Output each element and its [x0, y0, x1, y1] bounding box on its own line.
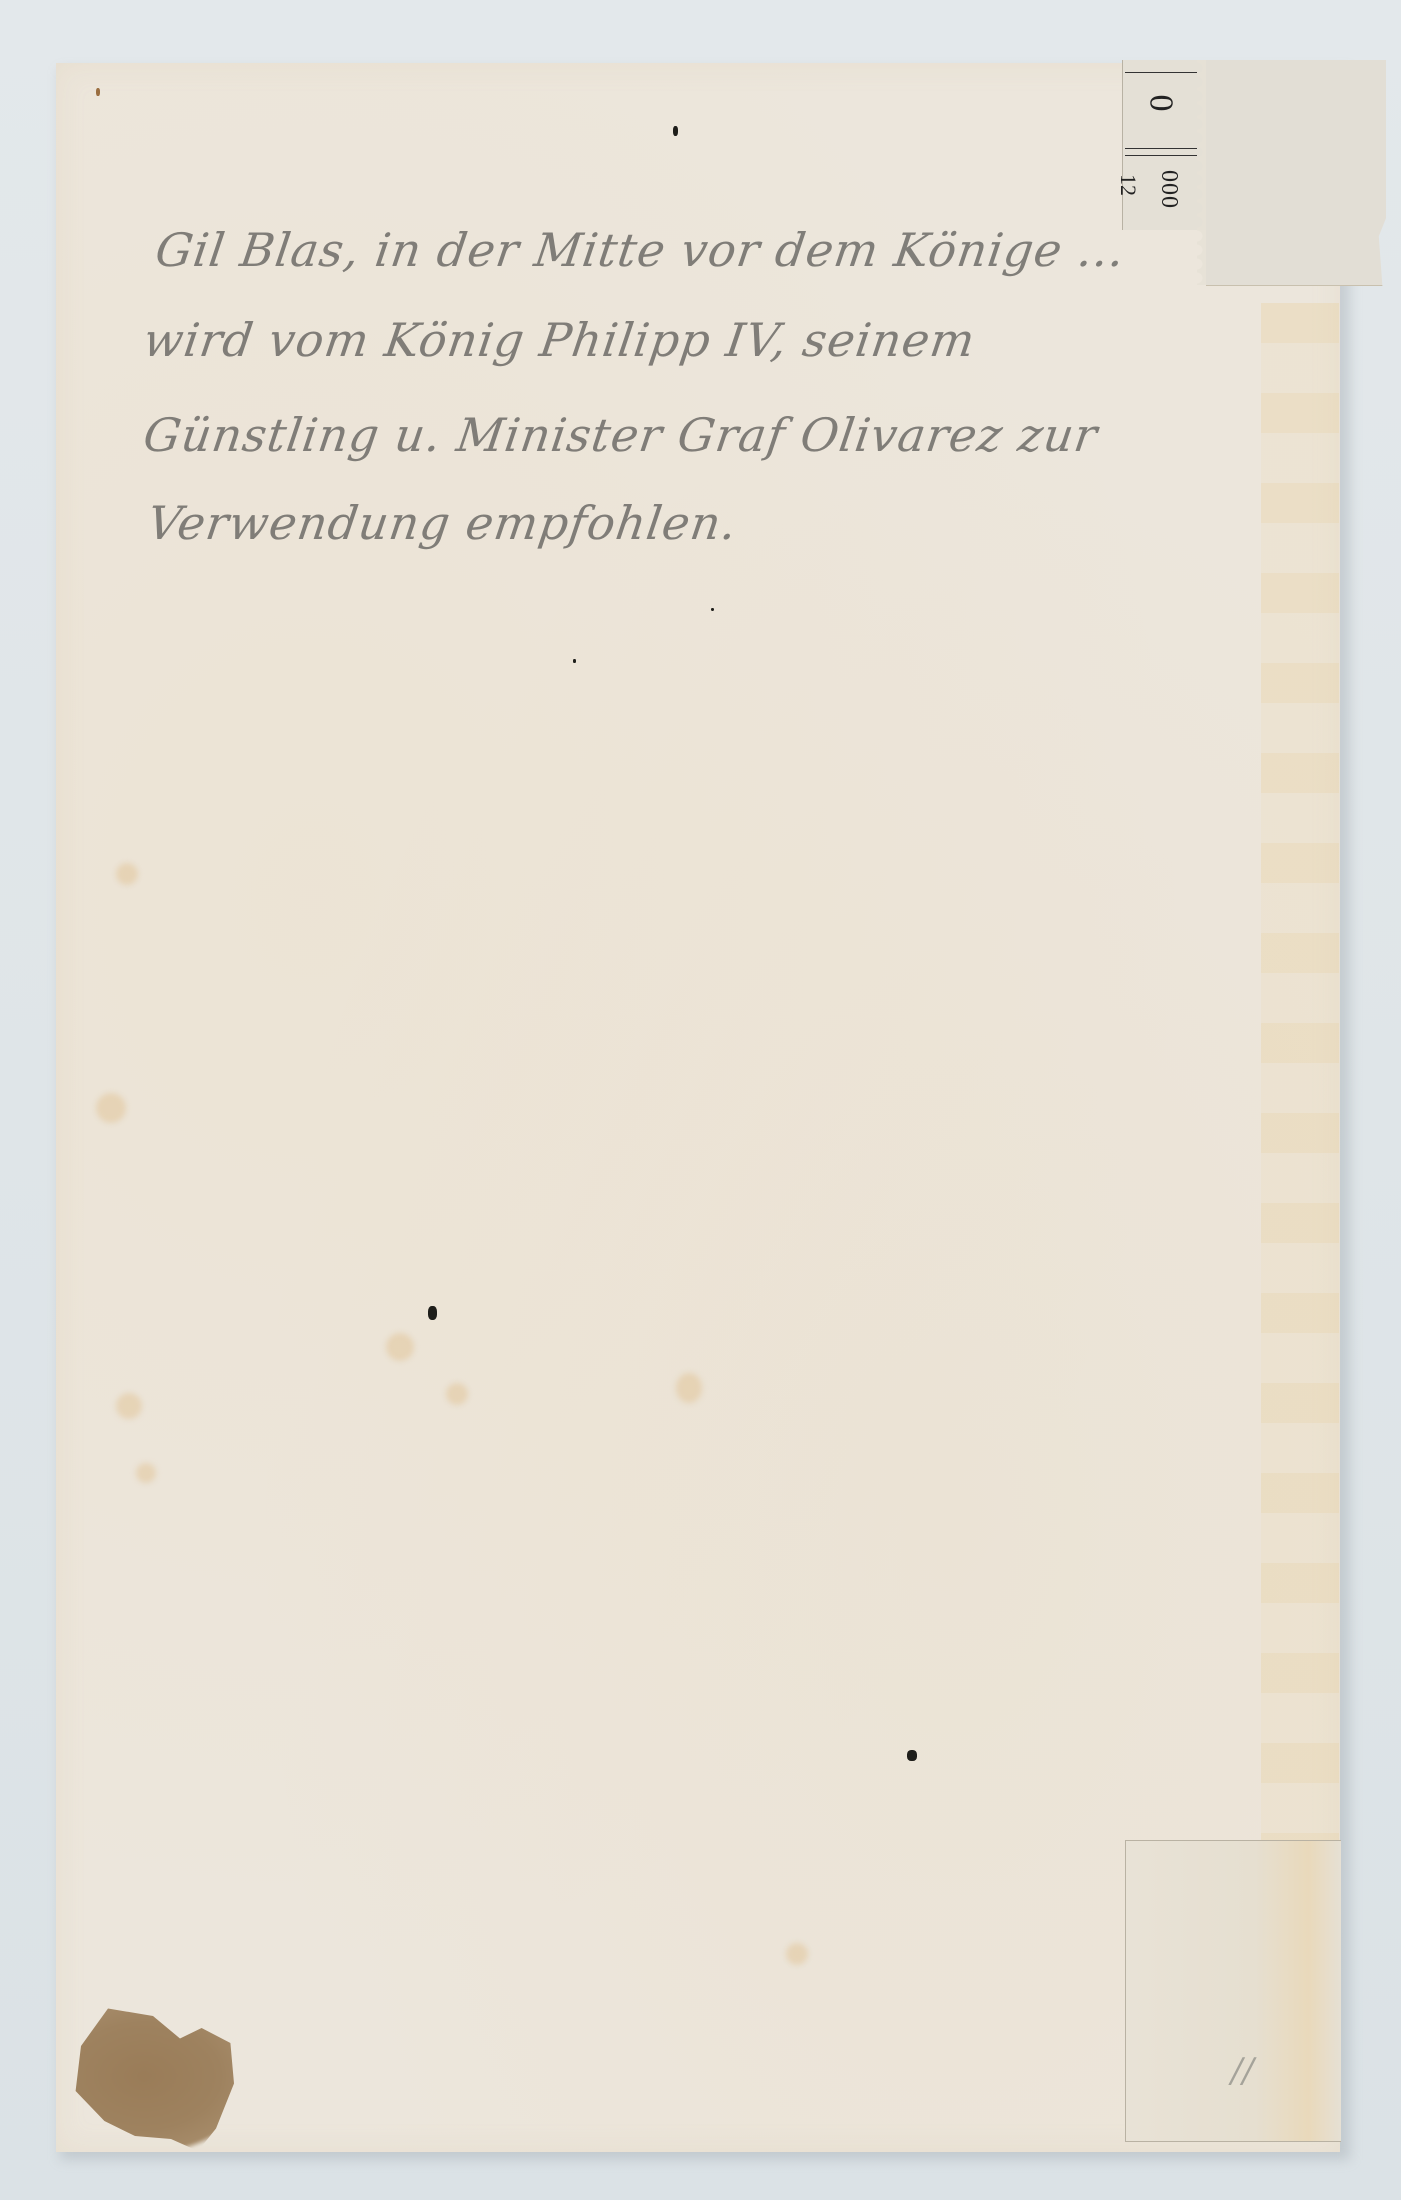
foxing-spot [116, 863, 138, 885]
brown-stain [72, 2001, 252, 2151]
label-number-000: 000 [1155, 170, 1182, 209]
foxing-spot [446, 1383, 468, 1405]
ink-speck [673, 126, 678, 136]
label-number-12: 12 [1115, 174, 1141, 196]
ink-speck [573, 659, 576, 663]
label-rule [1125, 148, 1197, 149]
foxing-spot [116, 1393, 142, 1419]
ink-speck [907, 1750, 917, 1761]
label-bottom-cell: 12 000 [1123, 152, 1197, 230]
pencil-mark: // [1231, 2051, 1254, 2091]
label-blank-tab [1206, 60, 1386, 286]
foxing-spot [136, 1463, 156, 1483]
manuscript-page: 0 12 000 Gil Blas, in der Mitte vor dem … [56, 63, 1340, 2152]
paper-patch: // [1125, 1840, 1341, 2142]
foxing-spot [786, 1943, 808, 1965]
label-top-number: 0 [1141, 94, 1179, 111]
ink-speck [711, 608, 714, 611]
handwriting-line-1: Gil Blas, in der Mitte vor dem Könige ..… [152, 223, 1129, 277]
label-top-cell: 0 [1123, 60, 1197, 145]
foxing-spot [676, 1373, 702, 1403]
foxing-spot [96, 1093, 126, 1123]
ink-speck [96, 88, 100, 96]
handwriting-line-3: Günstling u. Minister Graf Olivarez zur [140, 408, 1101, 462]
handwriting-line-2: wird vom König Philipp IV, seinem [140, 313, 979, 367]
ink-speck [428, 1306, 437, 1320]
foxing-spot [386, 1333, 414, 1361]
yellowed-strip [1261, 303, 1339, 1903]
catalog-label: 0 12 000 [1122, 60, 1207, 230]
handwriting-line-4: Verwendung empfohlen. [144, 496, 741, 550]
